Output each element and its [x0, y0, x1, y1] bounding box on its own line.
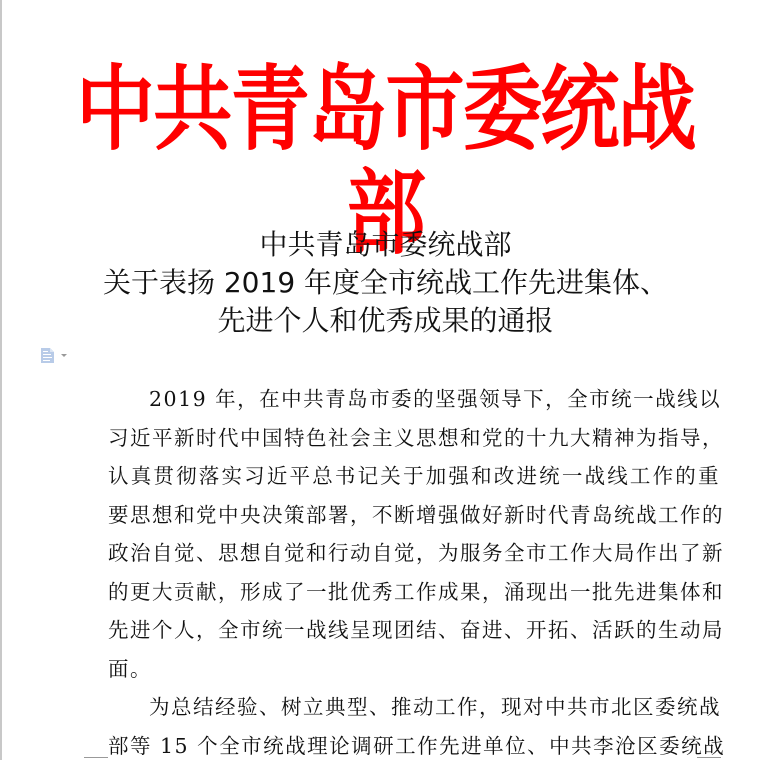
- body-line: 为总结经验、树立典型、推动工作，现对中共市北区委统战: [108, 688, 720, 727]
- body-line: 先进个人，全市统一战线呈现团结、奋进、开拓、活跃的生动局: [108, 611, 720, 650]
- title-line-1: 中共青岛市委统战部: [0, 226, 771, 264]
- body-line: 政治自觉、思想自觉和行动自觉，为服务全市工作大局作出了新: [108, 534, 720, 573]
- body-line: 的更大贡献，形成了一批优秀工作成果，涌现出一批先进集体和: [108, 573, 720, 612]
- margin-corner-mark-right: [697, 757, 721, 758]
- body-line: 习近平新时代中国特色社会主义思想和党的十九大精神为指导，: [108, 419, 720, 458]
- body-line: 2019 年，在中共青岛市委的坚强领导下，全市统一战线以: [108, 380, 720, 419]
- body-line: 要思想和党中央决策部署，不断增强做好新时代青岛统战工作的: [108, 496, 720, 535]
- title-line-3: 先进个人和优秀成果的通报: [0, 302, 771, 340]
- dropdown-caret-icon[interactable]: [61, 354, 67, 357]
- body-line: 面。: [108, 650, 720, 689]
- document-title: 中共青岛市委统战部 关于表扬 2019 年度全市统战工作先进集体、 先进个人和优…: [0, 226, 771, 340]
- body-line: 认真贯彻落实习近平总书记关于加强和改进统一战线工作的重: [108, 457, 720, 496]
- title-line-2: 关于表扬 2019 年度全市统战工作先进集体、: [0, 264, 771, 302]
- body-line: 部等 15 个全市统战理论调研工作先进单位、中共李沧区委统战: [108, 727, 720, 760]
- document-body: 2019 年，在中共青岛市委的坚强领导下，全市统一战线以 习近平新时代中国特色社…: [108, 380, 720, 760]
- document-paragraph-icon[interactable]: [41, 348, 54, 363]
- margin-corner-mark-left: [84, 757, 108, 758]
- page-left-edge: [0, 0, 2, 760]
